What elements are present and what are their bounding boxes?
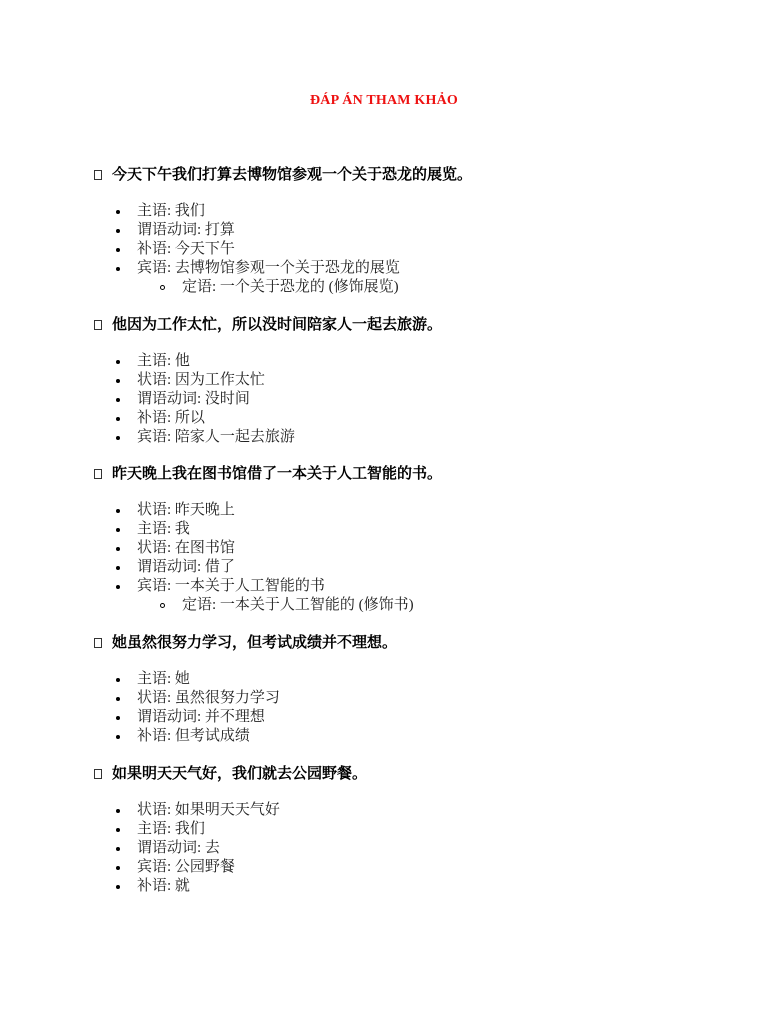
list-item: 状语: 虽然很努力学习: [92, 689, 732, 708]
list-item: 主语: 我们: [92, 820, 732, 839]
list-item: 补语: 所以: [92, 409, 732, 428]
list-item: 宾语: 去博物馆参观一个关于恐龙的展览: [92, 259, 732, 278]
checkbox-icon: [94, 638, 102, 648]
analysis-list: 状语: 如果明天天气好 主语: 我们 谓语动词: 去 宾语: 公园野餐 补语: …: [92, 801, 732, 896]
sentence-text: 昨天晚上我在图书馆借了一本关于人工智能的书。: [112, 464, 442, 484]
list-item: 宾语: 一本关于人工智能的书: [92, 577, 732, 596]
list-item: 谓语动词: 去: [92, 839, 732, 858]
sentence-heading: 她虽然很努力学习，但考试成绩并不理想。: [92, 633, 732, 653]
sentence-section-3: 昨天晚上我在图书馆借了一本关于人工智能的书。 状语: 昨天晚上 主语: 我 状语…: [92, 464, 732, 615]
checkbox-icon: [94, 469, 102, 479]
sentence-text: 他因为工作太忙，所以没时间陪家人一起去旅游。: [112, 315, 442, 335]
sentence-section-1: 今天下午我们打算去博物馆参观一个关于恐龙的展览。 主语: 我们 谓语动词: 打算…: [92, 165, 732, 297]
sentence-text: 如果明天天气好，我们就去公园野餐。: [112, 764, 367, 784]
sentence-section-5: 如果明天天气好，我们就去公园野餐。 状语: 如果明天天气好 主语: 我们 谓语动…: [92, 764, 732, 896]
sentence-text: 她虽然很努力学习，但考试成绩并不理想。: [112, 633, 397, 653]
sentence-section-4: 她虽然很努力学习，但考试成绩并不理想。 主语: 她 状语: 虽然很努力学习 谓语…: [92, 633, 732, 746]
sub-list-item: 定语: 一本关于人工智能的 (修饰书): [92, 596, 732, 615]
list-item: 主语: 我们: [92, 202, 732, 221]
list-item: 谓语动词: 没时间: [92, 390, 732, 409]
analysis-list: 状语: 昨天晚上 主语: 我 状语: 在图书馆 谓语动词: 借了 宾语: 一本关…: [92, 501, 732, 615]
list-item: 宾语: 陪家人一起去旅游: [92, 428, 732, 447]
page-title: ĐÁP ÁN THAM KHẢO: [0, 93, 768, 109]
list-item: 谓语动词: 打算: [92, 221, 732, 240]
list-item: 主语: 他: [92, 352, 732, 371]
list-item: 状语: 因为工作太忙: [92, 371, 732, 390]
list-item: 宾语: 公园野餐: [92, 858, 732, 877]
list-item: 主语: 她: [92, 670, 732, 689]
sentence-section-2: 他因为工作太忙，所以没时间陪家人一起去旅游。 主语: 他 状语: 因为工作太忙 …: [92, 315, 732, 447]
sentence-heading: 今天下午我们打算去博物馆参观一个关于恐龙的展览。: [92, 165, 732, 185]
sentence-heading: 如果明天天气好，我们就去公园野餐。: [92, 764, 732, 784]
analysis-list: 主语: 她 状语: 虽然很努力学习 谓语动词: 并不理想 补语: 但考试成绩: [92, 670, 732, 746]
sentence-text: 今天下午我们打算去博物馆参观一个关于恐龙的展览。: [112, 165, 472, 185]
sub-list-item: 定语: 一个关于恐龙的 (修饰展览): [92, 278, 732, 297]
sentence-heading: 昨天晚上我在图书馆借了一本关于人工智能的书。: [92, 464, 732, 484]
list-item: 状语: 在图书馆: [92, 539, 732, 558]
list-item: 补语: 但考试成绩: [92, 727, 732, 746]
list-item: 补语: 就: [92, 877, 732, 896]
checkbox-icon: [94, 320, 102, 330]
list-item: 主语: 我: [92, 520, 732, 539]
analysis-list: 主语: 他 状语: 因为工作太忙 谓语动词: 没时间 补语: 所以 宾语: 陪家…: [92, 352, 732, 447]
list-item: 谓语动词: 借了: [92, 558, 732, 577]
list-item: 补语: 今天下午: [92, 240, 732, 259]
sentence-heading: 他因为工作太忙，所以没时间陪家人一起去旅游。: [92, 315, 732, 335]
checkbox-icon: [94, 170, 102, 180]
list-item: 状语: 如果明天天气好: [92, 801, 732, 820]
list-item: 谓语动词: 并不理想: [92, 708, 732, 727]
checkbox-icon: [94, 769, 102, 779]
list-item: 状语: 昨天晚上: [92, 501, 732, 520]
analysis-list: 主语: 我们 谓语动词: 打算 补语: 今天下午 宾语: 去博物馆参观一个关于恐…: [92, 202, 732, 297]
